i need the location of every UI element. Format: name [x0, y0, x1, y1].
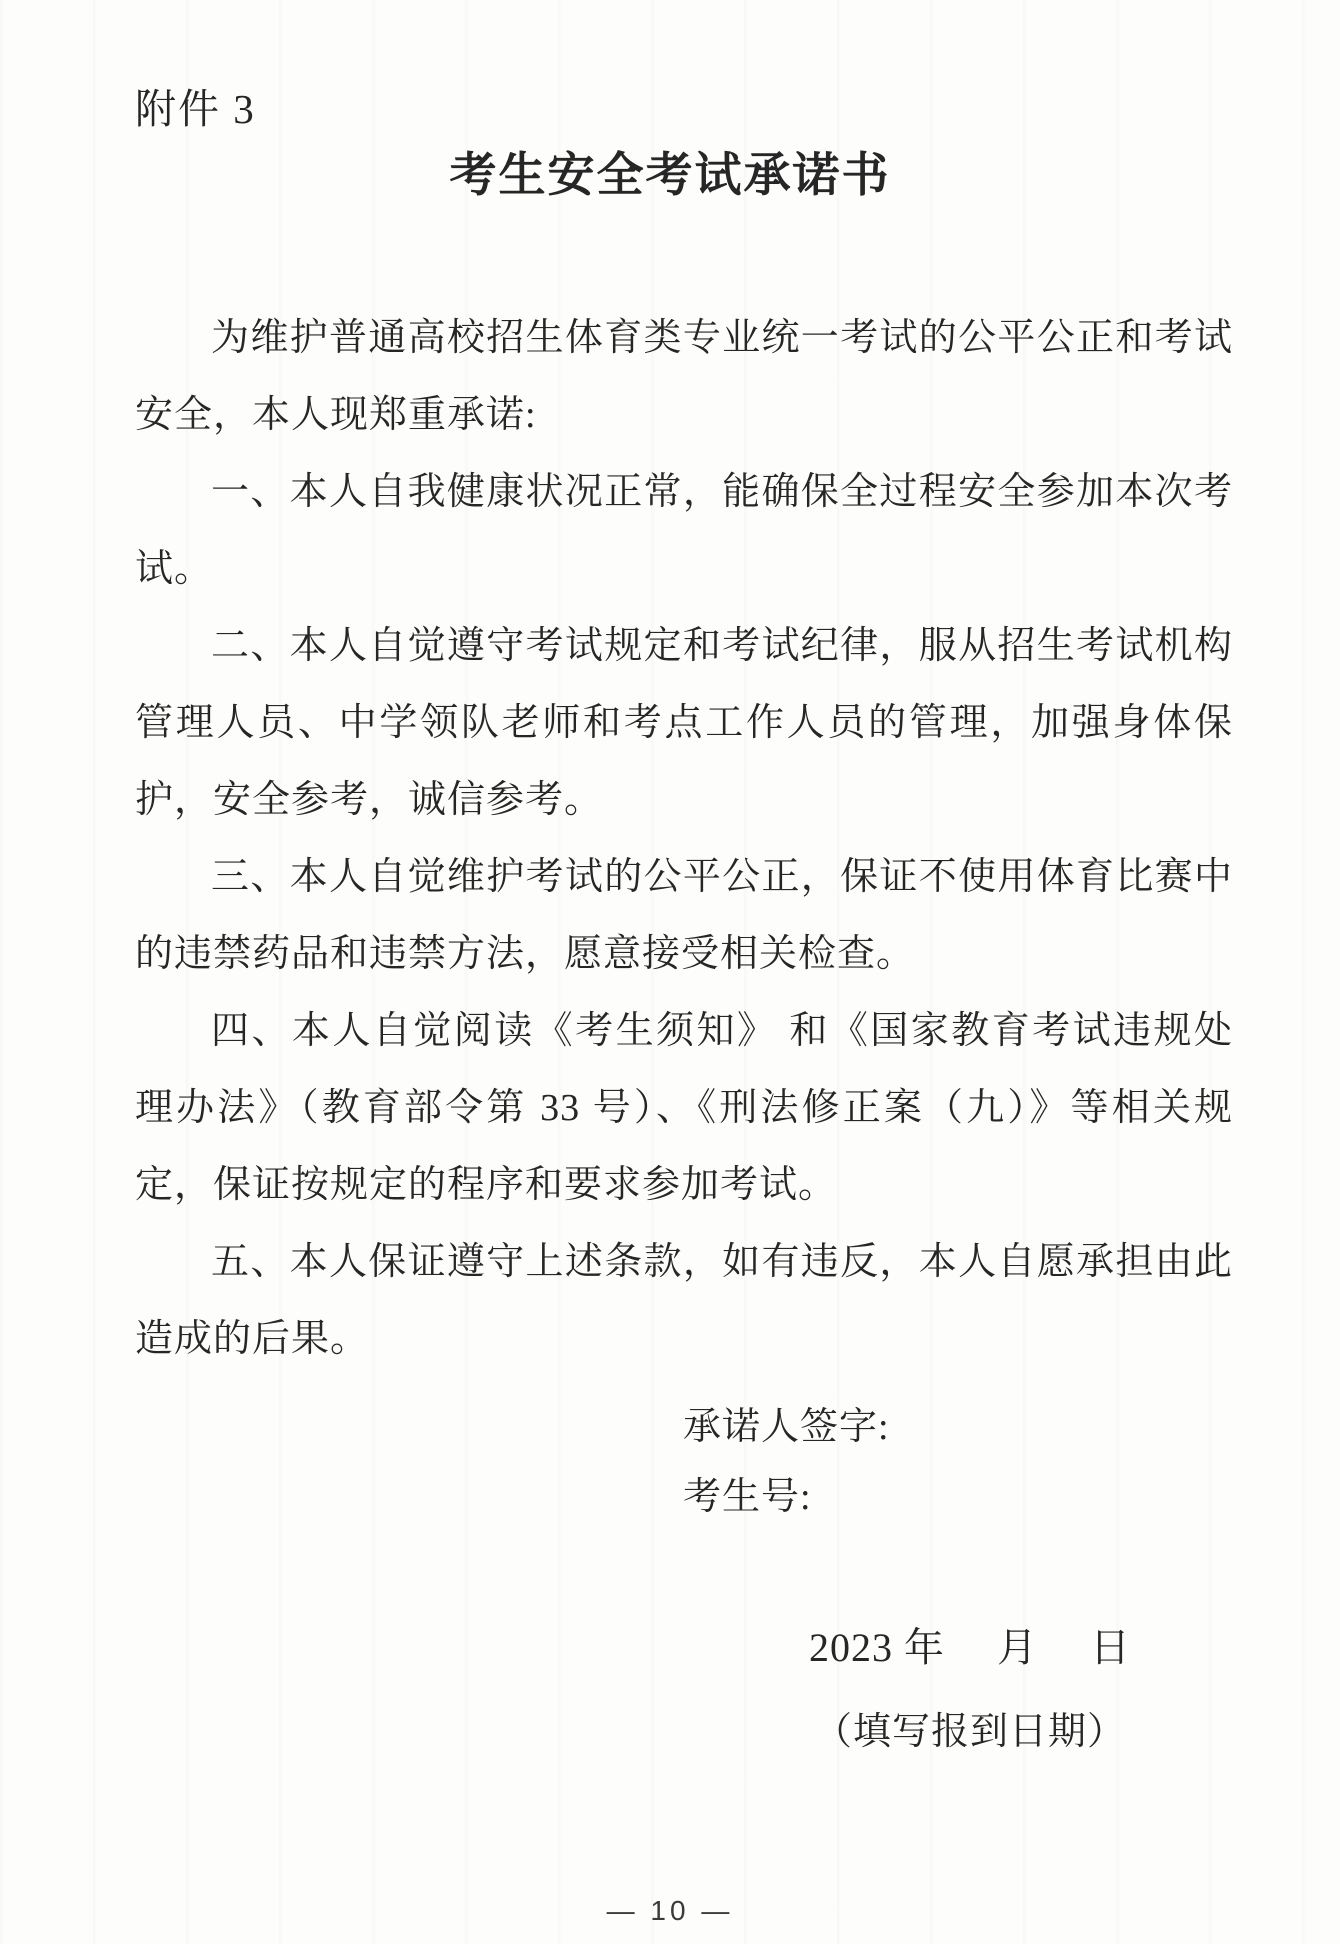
signature-block: 承诺人签字: 考生号:	[683, 1392, 890, 1532]
date-line: 2023 年 月 日	[780, 1606, 1160, 1690]
clause-3-paragraph: 三、本人自觉维护考试的公平公正，保证不使用体育比赛中的违禁药品和违禁方法，愿意接…	[135, 839, 1233, 993]
clause-2-paragraph: 二、本人自觉遵守考试规定和考试纪律，服从招生考试机构管理人员、中学领队老师和考点…	[135, 608, 1233, 839]
date-block: 2023 年 月 日 （填写报到日期）	[780, 1606, 1160, 1774]
clause-1-paragraph: 一、本人自我健康状况正常，能确保全过程安全参加本次考试。	[135, 454, 1233, 608]
intro-paragraph: 为维护普通高校招生体育类专业统一考试的公平公正和考试安全，本人现郑重承诺:	[135, 300, 1233, 454]
clause-5-paragraph: 五、本人保证遵守上述条款，如有违反，本人自愿承担由此造成的后果。	[135, 1224, 1233, 1378]
date-note: （填写报到日期）	[780, 1690, 1160, 1774]
scanned-document-page: 附件 3 考生安全考试承诺书 为维护普通高校招生体育类专业统一考试的公平公正和考…	[0, 0, 1340, 1944]
signer-signature-label: 承诺人签字:	[683, 1392, 890, 1462]
attachment-label: 附件 3	[135, 84, 256, 134]
clause-4-paragraph: 四、本人自觉阅读《考生须知》 和《国家教育考试违规处理办法》（教育部令第 33 …	[135, 993, 1233, 1224]
document-body: 为维护普通高校招生体育类专业统一考试的公平公正和考试安全，本人现郑重承诺: 一、…	[135, 300, 1233, 1378]
candidate-number-label: 考生号:	[683, 1462, 890, 1532]
document-title: 考生安全考试承诺书	[0, 146, 1340, 206]
page-number: — 10 —	[0, 1894, 1340, 1928]
